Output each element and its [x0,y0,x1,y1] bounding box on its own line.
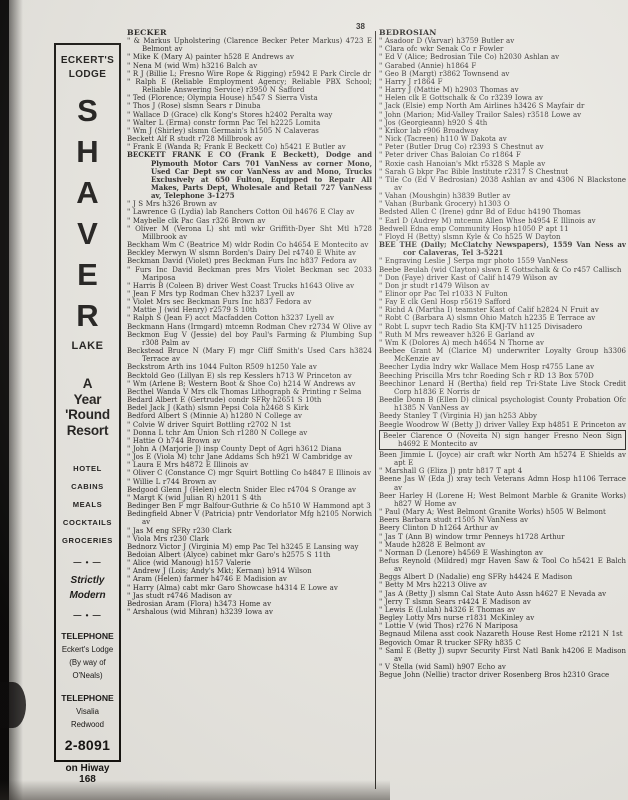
directory-entry: Bedingfield Abner V (Patricia) pntr Vend… [127,510,372,526]
surname-header: BEDROSIAN [379,29,626,37]
directory-entry: " Margt K (wid Julian R) h2011 S 4th [127,494,372,502]
directory-entry: " Wm J (Shirley) slsmn Germain's h1505 N… [127,127,372,135]
directory-entry: " Elinor opr Pac Tel r1033 N Fulton [379,290,626,298]
directory-entry: " Helen clk E Gottschalk & Co r3239 Iowa… [379,94,626,102]
directory-entry: Beggs Albert D (Nadalie) eng SFRy h4424 … [379,573,626,581]
directory-entry: Bedrosian Aram (Flora) h3473 Home av [127,600,372,608]
amenity-item: CABINS [62,478,113,496]
highway-line: on Hiway [66,763,110,774]
directory-entry: " Ralph E (Reliable Employment Agency; R… [127,78,372,94]
amenity-item: COCKTAILS [62,514,113,532]
directory-entry: Becktold Geo (Lillyan E) sls rep Kessler… [127,372,372,380]
directory-entry: " Earl D (Audrey M) mtcemn Allen Whse h4… [379,217,626,225]
tagline-line: 'Round [65,407,110,423]
directory-entry: " Ted (Florence; Olympia House) h547 S S… [127,94,372,102]
directory-entry: Bedford Albert S (Minnie A) h1280 N Coll… [127,412,372,420]
amenity-item: HOTEL [62,460,113,478]
directory-entry: Beegle Woodrow W (Betty J) driver Valley… [379,421,626,429]
amenity-item: MEALS [62,496,113,514]
directory-entry: " Fay E clk Genl Hosp r5619 Safford [379,298,626,306]
strictly-modern-label: StrictlyModern [69,573,105,603]
directory-entry: " Aram (Helen) farmer h4746 E Madision a… [127,575,372,583]
directory-entry: Bedel Jack J (Kath) slsmn Pepsi Cola h24… [127,404,372,412]
telephone-line: (By way of [61,656,114,669]
directory-entry: Been Jimmie L (Joyce) air craft wkr Nort… [379,451,626,467]
ad-title: ECKERT'SLODGE [61,54,114,82]
directory-entry: " Jos E (Viola M) tchr Jane Addams Sch h… [127,453,372,461]
telephone-block-lodge: TELEPHONEEckert's Lodge(By way ofO'Neals… [61,630,114,682]
directory-entry: Beecher Lydia lndry wkr Wallace Mem Hosp… [379,363,626,371]
tagline-line: A [65,376,110,392]
directory-entry: " Jean F Mrs typ Rodman Chev h3237 Lyell… [127,290,372,298]
wordmark-letter: A [76,172,98,213]
directory-entry: " Vahan (Burbank Grocery) h1303 O [379,200,626,208]
directory-entry: " Lewis E (Lulah) h4326 E Thomas av [379,606,626,614]
directory-entry: " Jos (Georgieann) h920 S 4th [379,119,626,127]
directory-entry: Beebe Beulah (wid Clayton) slswn E Gotts… [379,266,626,274]
directory-entry: Begue John (Nellie) tractor driver Rosen… [379,671,626,679]
directory-page: 38 ECKERT'SLODGE SHAVER LAKE AYear'Round… [0,0,628,800]
directory-entry: " Walter L (Erma) constr formn Pac Tel h… [127,119,372,127]
directory-entry: Beckley Merwyn W slsmn Borden's Dairy De… [127,249,372,257]
strictly-line: Strictly [69,573,105,588]
scan-edge-shadow [9,0,23,800]
surname-header: BECKER [127,29,372,37]
tagline-line: Resort [65,423,110,439]
directory-entry: " Jack (Elsie) emp North Am Airlines h34… [379,102,626,110]
directory-entry: " Harry (Alma) cabt mkr Garo Showcase h4… [127,584,372,592]
wordmark-letter: R [76,295,98,336]
directory-entry: " & Markus Upholstering (Clarence Becker… [127,37,372,53]
directory-entry: Beers Barbara studt r1505 N VanNess av [379,516,626,524]
directory-entry: " Colvie W driver Squirt Bottling r2702 … [127,421,372,429]
directory-entry: Beedle Donn B (Ellen D) clinical psychol… [379,396,626,412]
directory-entry: Begley Lotty Mrs nurse r1831 McKinley av [379,614,626,622]
directory-entry: " Harris B (Coleen B) driver West Coast … [127,282,372,290]
ad-tagline: AYear'RoundResort [65,376,110,438]
directory-entry: BEE THE (Daily; McClatchy Newspapers), 1… [379,241,626,257]
directory-entry: " Don jr studt r1479 Wilson av [379,282,626,290]
column-bedrosian: BEDROSIAN" Asadoor D (Varvar) h3759 Butl… [379,29,626,795]
directory-entry: BECKETT FRANK E CO (Frank E Beckett), Do… [127,151,372,200]
directory-entry: " J S Mrs h326 Brown av [127,200,372,208]
directory-entry: " Clara ofc wkr Senak Co r Fowler [379,45,626,53]
directory-entry: " Lottie V (wid Thos) r276 N Mariposa [379,622,626,630]
directory-entry: " Sarah G bkpr Pac Bible Institute r2317… [379,168,626,176]
lake-label: LAKE [72,340,104,352]
directory-entry: Becthel Wanda V Mrs clk Thomas Lithograp… [127,388,372,396]
directory-entry: Bedoian Albert (Alyce) cabinet mkr Garo'… [127,551,372,559]
scan-edge-left [0,0,9,800]
amenities-list: HOTELCABINSMEALSCOCKTAILSGROCERIES [62,460,113,550]
directory-entry: " Ruth M Mrs reweaver h326 E Garland av [379,331,626,339]
directory-entry: " Betty M Mrs h2213 Olive av [379,581,626,589]
directory-entry: " Marshall G (Eliza J) pntr h817 T apt 4 [379,467,626,475]
telephone-line: Eckert's Lodge [61,643,114,656]
directory-entry: " R J (Billie L; Fresno Wire Rope & Rigg… [127,70,372,78]
directory-entry: " Engraving Leslie J Serpa mgr photo 155… [379,257,626,265]
directory-entry: " Thos J (Rose) slsmn Sears r Dinuba [127,102,372,110]
directory-entry: Bedinger Ben F mgr Balfour-Guthrie & Co … [127,502,372,510]
ad-title-line: LODGE [61,68,114,82]
ad-divider: — • — [73,558,101,567]
directory-entry: " Tile Co (Ed V Bedrosian) 2038 Ashlan a… [379,176,626,192]
telephone-line: Visalia [61,705,114,718]
directory-entry: Beckmann Hans (Irmgard) mtcemn Rodman Ch… [127,323,372,331]
directory-entry: " Harry J (Mattie M) h2903 Thomas av [379,86,626,94]
directory-entry: " Arshalous (wid Mihran) h3239 Iowa av [127,608,372,616]
directory-entry: " Richd A (Martha I) teamster Kast of Ca… [379,306,626,314]
wordmark-letter: H [76,131,98,172]
directory-entry: " Oliver C (Constance C) mgr Squirt Bott… [127,469,372,477]
directory-entry: Beechinor Lenard H (Bertha) field rep Tr… [379,380,626,396]
directory-entry: " Jas studt r4746 Madison av [127,592,372,600]
directory-entry: Bedsted Allen C (Irene) gdnr Bd of Educ … [379,208,626,216]
directory-entry: " John (Marion; Mid-Valley Trailor Sales… [379,111,626,119]
directory-entry: " Geo B (Margt) r3862 Townsend av [379,70,626,78]
directory-entry: Beer Harley H (Lorene H; West Belmont Ma… [379,492,626,508]
directory-entry: " Mattie J (wid Henry) r2579 S 10th [127,306,372,314]
directory-entry: " Jas M eng SFRy r230 Clark [127,527,372,535]
directory-entry: " Harry J r1864 F [379,78,626,86]
directory-entry: Bednorz Victor J (Virginia M) emp Pac Te… [127,543,372,551]
directory-entry: " Jerry T slsmn Sears r4424 E Madison av [379,598,626,606]
directory-entry: Bedwell Edna emp Community Hosp h1050 P … [379,225,626,233]
directory-entry: Beckham Wm C (Beatrice M) wldr Rodin Co … [127,241,372,249]
column-divider-rule [375,31,376,789]
directory-entry: " Oliver M (Verona L) sht mtl wkr Griffi… [127,225,372,241]
wordmark-letter: E [76,254,98,295]
telephone-line: O'Neals) [61,669,114,682]
telephone-line: Redwood [61,718,114,731]
directory-entry: Beedy Stanley T (Virginia H) jan h253 Ab… [379,412,626,420]
directory-entry: " Saml E (Betty J) supvr Security First … [379,647,626,663]
directory-entry: " Maybelle clk Pac Gas r326 Brown av [127,217,372,225]
wordmark-letter: S [76,90,98,131]
telephone-block-visalia: TELEPHONEVisaliaRedwood [61,692,114,731]
directory-entry: Beene Jas W (Eda J) xray tech Veterans A… [379,475,626,491]
directory-entry: Beckstead Bruce N (Mary F) mgr Cliff Smi… [127,347,372,363]
directory-columns: BECKER" & Markus Upholstering (Clarence … [127,29,626,795]
directory-entry: " Wm (Arlene B; Western Boot & Shoe Co) … [127,380,372,388]
directory-entry: Begnaud Milena asst cook Nazareth House … [379,630,626,638]
directory-entry: " Maude h2828 E Belmont av [379,541,626,549]
directory-entry: " Robt L supvr tech Radio Sta KMJ-TV h11… [379,323,626,331]
directory-entry: " Donna L tchr Am Union Sch r1280 N Coll… [127,429,372,437]
directory-entry: " Paul (Mary A; West Belmont Granite Wor… [379,508,626,516]
directory-entry: " Peter driver Chas Baloian Co r1864 F [379,151,626,159]
phone-number: 2-8091 [65,737,110,753]
directory-entry: " Jas A (Betty J) slsmn Cal State Auto A… [379,590,626,598]
tagline-line: Year [65,392,110,408]
directory-entry: " Ralph S (Jean F) acct Macfadden Cotton… [127,314,372,322]
directory-entry: Beckmon Eug V (Jessie) del boy Paul's Fa… [127,331,372,347]
directory-entry: Begovich Omar R trucker SFRy h835 C [379,639,626,647]
directory-entry: Beckett Alf R studt r728 Millbrook av [127,135,372,143]
directory-entry: Beeching Priscilla Mrs tchr Roeding Sch … [379,372,626,380]
highway-line: 168 [66,774,110,785]
telephone-line: TELEPHONE [61,692,114,705]
directory-entry: Beery Clinton D h1264 Arthur av [379,524,626,532]
directory-entry: " Andrew J (Lois; Andy's Mkt; Kernan) h9… [127,567,372,575]
eckerts-lodge-advertisement: ECKERT'SLODGE SHAVER LAKE AYear'RoundRes… [54,43,121,762]
directory-entry: " Roxie cash Hanoian's Mkt r5328 S Maple… [379,160,626,168]
directory-entry: " Alice (wid Manoug) h157 Valerie [127,559,372,567]
directory-entry: " V Stella (wid Saml) h907 Echo av [379,663,626,671]
directory-entry: " John A (Marjorie J) insp County Dept o… [127,445,372,453]
directory-entry: Beckman David (Violet) pres Beckman Furs… [127,257,372,265]
directory-entry: " Violet Mrs sec Beckman Furs Inc h837 F… [127,298,372,306]
directory-entry: " Wm K (Dolores A) mech h4654 N Thorne a… [379,339,626,347]
directory-entry: " Nick (Tacreen) h110 W Dakota av [379,135,626,143]
directory-entry: " Wallace D (Grace) clk Kong's Stores h2… [127,111,372,119]
shaver-vertical-wordmark: SHAVER [76,90,98,336]
column-becker: BECKER" & Markus Upholstering (Clarence … [127,29,372,795]
directory-entry: " Garabed (Annie) h1864 F [379,62,626,70]
directory-entry: " Norman D (Lenore) h4569 E Washington a… [379,549,626,557]
directory-entry: " Hattie O h744 Brown av [127,437,372,445]
directory-entry: " Robt C (Barbara A) slsmn Ohio Match h2… [379,314,626,322]
directory-entry: " Viola Mrs r230 Clark [127,535,372,543]
directory-entry: " Laura E Mrs h4872 E Illinois av [127,461,372,469]
directory-entry: Beebee Grant M (Clarice M) underwriter L… [379,347,626,363]
directory-entry: " Lawrence G (Lydia) lab Ranchers Cotton… [127,208,372,216]
ad-divider: — • — [73,611,101,620]
directory-entry: " Krikor lab r906 Broadway [379,127,626,135]
directory-entry: " Vahan (Moushgin) h3839 Butler av [379,192,626,200]
directory-entry: Befus Reynold (Mildred) mgr Haven Saw & … [379,557,626,573]
wordmark-letter: V [76,213,98,254]
directory-entry: " Ed V (Alice; Bedrosian Tile Co) h2030 … [379,53,626,61]
directory-entry: Bedard Albert E (Gertrude) condr SFRy h2… [127,396,372,404]
directory-entry: " Don (Faye) driver Kast of Calif h1479 … [379,274,626,282]
directory-entry: " Willie L r744 Brown av [127,478,372,486]
scan-blob [0,682,26,728]
directory-entry: Beeler Clarence O (Noveita N) sign hange… [379,430,626,450]
directory-entry: " Nena M (wid Wm) h3216 Balch av [127,62,372,70]
directory-entry: " Furs Inc David Beckman pres Mrs Violet… [127,266,372,282]
strictly-line: Modern [69,588,105,603]
telephone-line: TELEPHONE [61,630,114,643]
directory-entry: " Jas T (Ann B) window trmr Penneys h172… [379,533,626,541]
directory-entry: Bedgood Glenn J (Helen) electn Snider El… [127,486,372,494]
highway-label: on Hiway168 [66,763,110,785]
directory-entry: " Asadoor D (Varvar) h3759 Butler av [379,37,626,45]
directory-entry: " Peter (Butler Drug Co) r2393 S Chestnu… [379,143,626,151]
directory-entry: Beckstrom Arth ins 1044 Fulton R509 h125… [127,363,372,371]
ad-title-line: ECKERT'S [61,54,114,68]
directory-entry: " Mike K (Mary A) painter h528 E Andrews… [127,53,372,61]
amenity-item: GROCERIES [62,532,113,550]
